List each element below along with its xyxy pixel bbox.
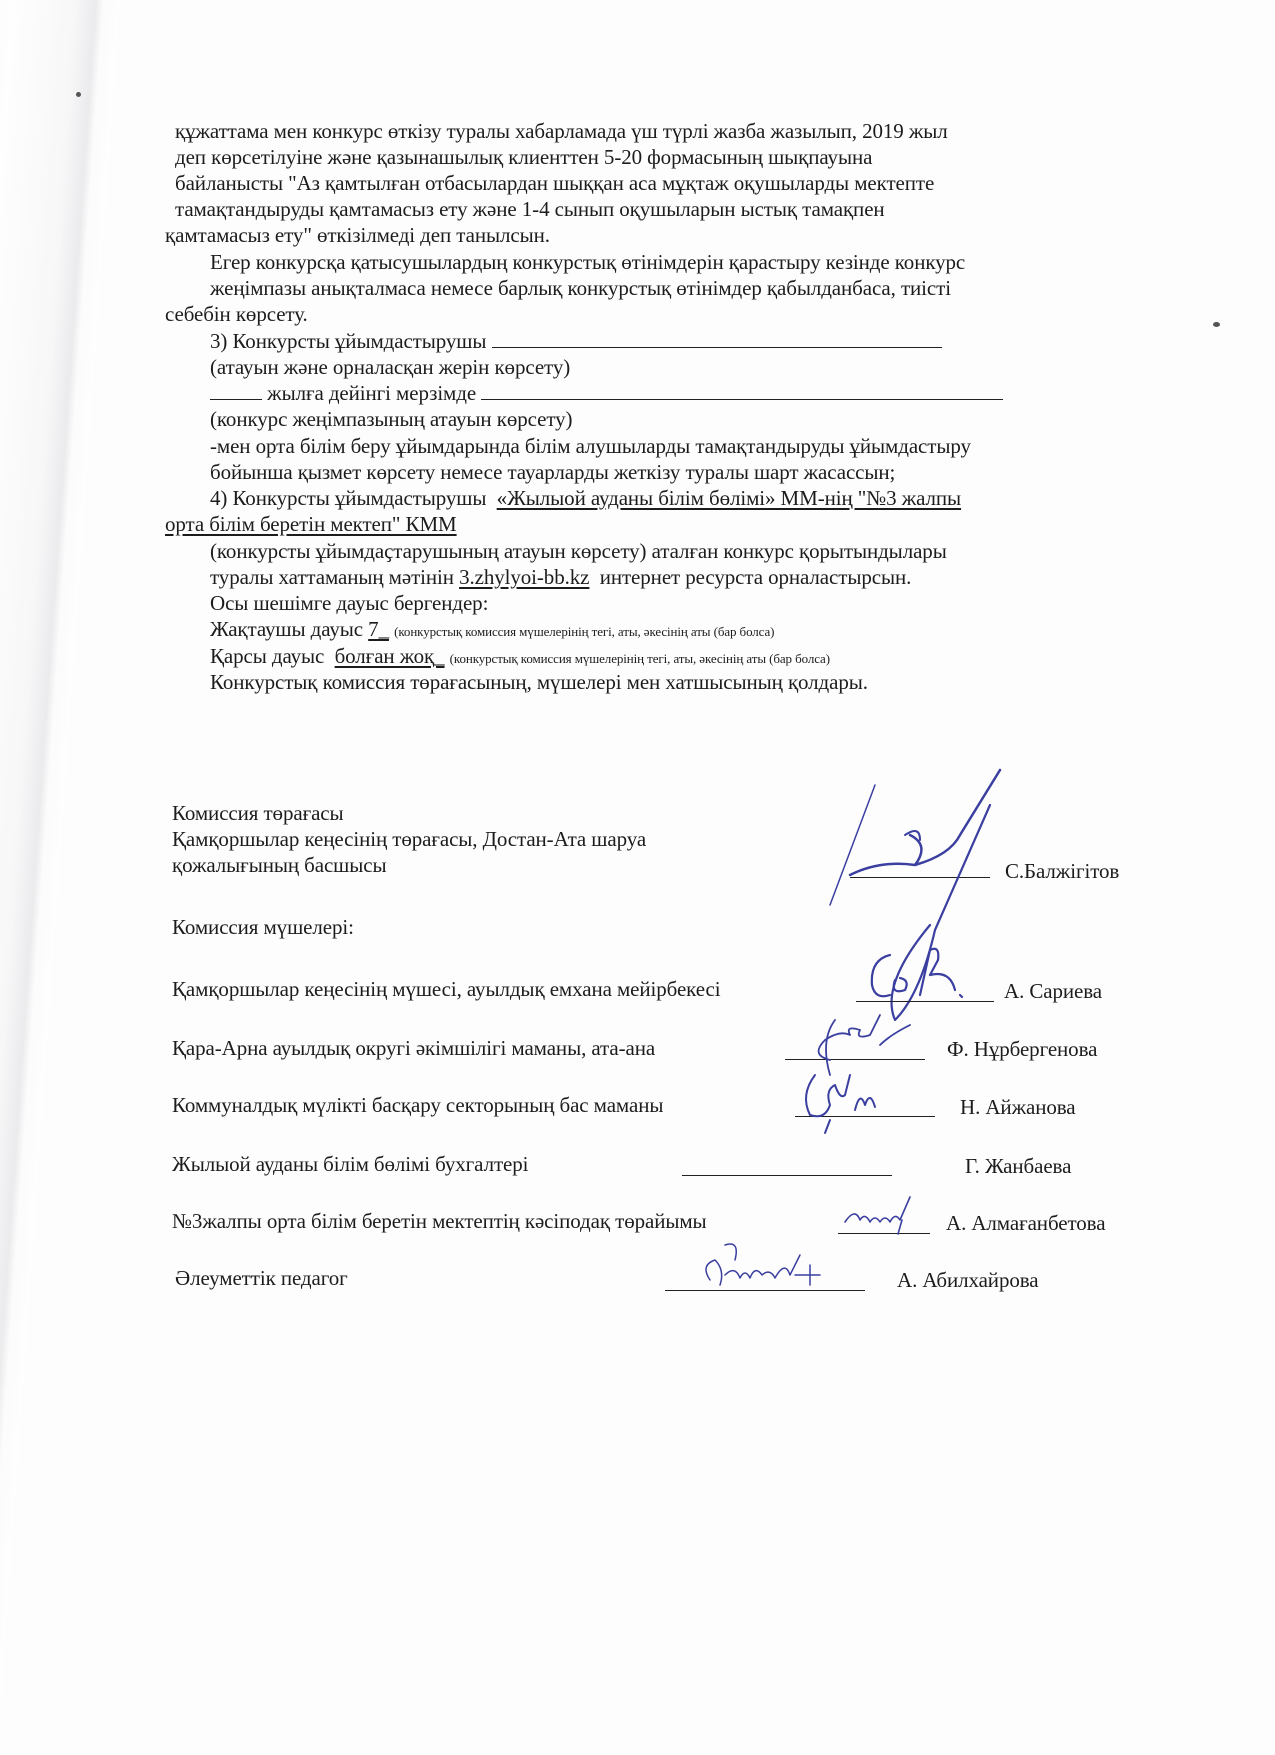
member-position: №3жалпы орта білім беретін мектептің кәс… [172,1208,707,1234]
website-link[interactable]: 3.zhylyoi-bb.kz [459,565,589,589]
chair-position: қожалығының басшысы [172,852,386,878]
members-heading: Комиссия мүшелері: [172,914,354,940]
body-text-line: қамтамасыз ету" өткізілмеді деп танылсын… [165,222,550,248]
item3-organizer-line: 3) Конкурсты ұйымдастырушы [210,328,942,354]
votes-against-label: Қарсы дауыс [210,644,324,668]
body-text-line: себебін көрсету. [165,301,308,327]
voting-heading: Осы шешімге дауыс бергендер: [210,590,488,616]
body-text-line: деп көрсетілуіне және қазынашылық клиент… [175,144,872,170]
votes-for-line: Жақтаушы дауыс 7_ (конкурстық комиссия м… [210,616,774,645]
member-name: А. Сариева [1004,978,1102,1004]
organizer-name: «Жылыой ауданы білім бөлімі» ММ-нің "№3 … [497,486,961,510]
body-text: туралы хаттаманың мәтінін [210,565,454,589]
member-position: Қара-Арна ауылдық округі әкімшілігі мама… [172,1035,655,1061]
member-signature-icon [840,1192,930,1237]
member-name: Н. Айжанова [960,1094,1076,1120]
member-position: Коммуналдық мүлікті басқару секторының б… [172,1092,663,1118]
scan-speck [76,92,81,97]
body-text-line: құжаттама мен конкурс өткізу туралы хаба… [175,118,948,144]
scan-fold-shadow [0,0,120,1755]
winner-blank-field [481,381,1003,400]
organizer-name-continued: орта білім беретін мектеп" КММ [165,511,457,537]
organizer-blank-field [492,329,942,348]
website-line: туралы хаттаманың мәтінін 3.zhylyoi-bb.k… [210,564,911,590]
member-name: А. Алмағанбетова [946,1210,1105,1236]
member-name: Ф. Нұрбергенова [947,1036,1097,1062]
scan-speck [1213,322,1220,327]
member-position: Қамқоршылар кеңесінің мүшесі, ауылдық ем… [172,976,720,1002]
signature-line [682,1174,892,1176]
year-blank-field [210,381,262,400]
member-position: Жылыой ауданы білім бөлімі бухгалтері [172,1151,528,1177]
body-text: интернет ресурста орналастырсын. [600,565,912,589]
item4-organizer-line: 4) Конкурсты ұйымдастырушы «Жылыой аудан… [210,485,961,511]
body-text-line: тамақтандыруды қамтамасыз ету және 1-4 с… [175,196,885,222]
chair-position: Қамқоршылар кеңесінің төрағасы, Достан-А… [172,826,646,852]
body-text-line: бойынша қызмет көрсету немесе тауарларды… [210,459,895,485]
votes-for-label: Жақтаушы дауыс [210,617,363,641]
member-signature-icon [790,1065,900,1135]
body-text-line: Егер конкурсқа қатысушылардың конкурстық… [210,249,965,275]
member-name: Г. Жанбаева [965,1153,1071,1179]
body-text-line: жеңімпазы анықталмаса немесе барлық конк… [210,275,951,301]
hint-text: (конкурстық комиссия мүшелерінің тегі, а… [450,651,830,666]
hint-text: (конкурстық комиссия мүшелерінің тегі, а… [394,624,774,639]
chair-name: С.Балжігітов [1005,858,1119,884]
item4-label: 4) Конкурсты ұйымдастырушы [210,486,486,510]
chair-title: Комиссия төрағасы [172,800,344,826]
signatures-note: Конкурстық комиссия төрағасының, мүшелер… [210,669,868,695]
organizer-name: орта білім беретін мектеп" КММ [165,512,457,536]
member-signature-icon [690,1240,870,1295]
deadline-text: жылға дейінгі мерзімде [267,381,476,405]
body-text-line: байланысты "Аз қамтылған отбасылардан шы… [175,170,934,196]
deadline-line: жылға дейінгі мерзімде [210,380,1003,406]
body-text-line: -мен орта білім беру ұйымдарында білім а… [210,433,971,459]
item3-label: 3) Конкурсты ұйымдастырушы [210,329,486,353]
hint-text: (атауын және орналасқан жерін көрсету) [210,354,570,380]
votes-against-line: Қарсы дауыс болған жоқ_ (конкурстық коми… [210,643,830,672]
member-name: А. Абилхайрова [897,1267,1039,1293]
body-text-line: (конкурсты ұйымдаҫтарушының атауын көрсе… [210,538,947,564]
member-position: Әлеуметтік педагог [175,1265,348,1291]
votes-against-value: болған жоқ_ [335,644,445,668]
scanned-document-page: құжаттама мен конкурс өткізу туралы хаба… [0,0,1275,1755]
votes-for-value: 7_ [368,617,389,641]
hint-text: (конкурс жеңімпазының атауын көрсету) [210,406,572,432]
